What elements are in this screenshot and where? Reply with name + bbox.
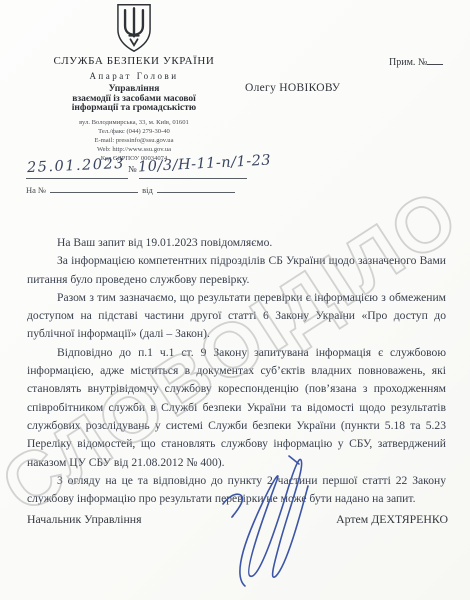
signer-name: Артем ДЕХТЯРЕНКО (336, 512, 448, 527)
address-web: Web: http://www.ssu.gov.ua (20, 145, 248, 154)
letterhead: СЛУЖБА БЕЗПЕКИ УКРАЇНИ Апарат Голови Упр… (20, 3, 248, 163)
reply-number-blank (50, 184, 138, 193)
number-sign: № (128, 164, 137, 174)
reply-reference-line: На №від (26, 184, 235, 195)
signer-position: Начальник Управління (27, 512, 142, 527)
division-name: Апарат Голови (20, 71, 248, 81)
number-blank-line (139, 178, 247, 179)
handwritten-number: 10/3/Н-11-п/1-23 (138, 153, 272, 176)
copy-number-label: Прим. № (389, 55, 443, 68)
handwritten-signature (193, 452, 343, 597)
address-street: вул. Володимирська, 33, м. Київ, 01601 (20, 118, 248, 127)
paragraph-1: На Ваш запит від 19.01.2023 повідомляємо… (27, 234, 446, 252)
org-name: СЛУЖБА БЕЗПЕКИ УКРАЇНИ (20, 55, 248, 67)
copy-label-text: Прим. № (389, 57, 427, 68)
paragraph-3: Разом з тим зазначаємо, що результати пе… (27, 289, 446, 344)
copy-number-blank (427, 55, 443, 65)
letter-page: СЛУЖБА БЕЗПЕКИ УКРАЇНИ Апарат Голови Упр… (0, 0, 470, 600)
handwritten-date: 25.01.2023 (27, 156, 126, 176)
paragraph-2: За інформацією компетентних підрозділів … (27, 252, 446, 289)
reply-date-blank (157, 184, 235, 193)
date-blank-line (26, 178, 128, 179)
reply-prefix-label: На № (26, 185, 46, 195)
ukraine-trident-emblem (112, 3, 156, 53)
address-phone: Тел./факс (044) 279-30-40 (20, 127, 248, 136)
addressee-name: Олегу НОВІКОВУ (245, 82, 340, 94)
reply-from-label: від (142, 185, 153, 195)
department-name-line3: інформації та громадськістю (20, 104, 248, 114)
outgoing-reference-line: № 25.01.2023 10/3/Н-11-п/1-23 (26, 154, 251, 180)
address-email: E-mail: pressinfo@ssu.gov.ua (20, 136, 248, 145)
